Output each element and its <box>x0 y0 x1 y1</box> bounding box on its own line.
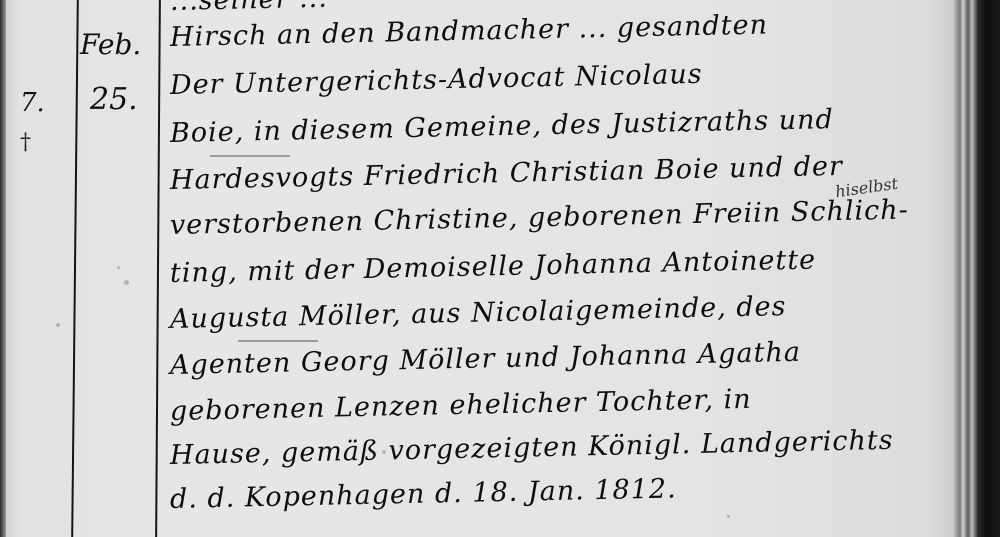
column-rule-right <box>155 0 161 537</box>
text-line: Hause, gemäß vorgezeigten Königl. Landge… <box>170 425 894 471</box>
paper-spot <box>124 280 129 285</box>
death-cross-mark: † <box>20 130 31 155</box>
page-left-edge-shadow <box>0 0 6 537</box>
text-line: ...seiner ... <box>170 0 328 17</box>
paper-spot <box>727 515 730 518</box>
column-rule-left <box>71 0 79 537</box>
paper-spot <box>117 266 120 269</box>
text-line: Hardesvogts Friedrich Christian Boie und… <box>170 151 844 196</box>
book-binding-edge <box>954 0 1000 537</box>
document-page: 7. † Feb. 25. ...seiner ... Hirsch an de… <box>0 0 1000 537</box>
text-line: Augusta Möller, aus Nicolaigemeinde, des <box>170 291 787 335</box>
text-line: d. d. Kopenhagen d. 18. Jan. 1812. <box>170 473 677 515</box>
paper-spot <box>56 323 60 327</box>
text-line: verstorbenen Christine, geborenen Freiin… <box>170 195 909 241</box>
text-line: ting, mit der Demoiselle Johanna Antoine… <box>170 244 817 289</box>
text-line: Agenten Georg Möller und Johanna Agatha <box>170 337 802 381</box>
entry-number: 7. <box>20 88 45 118</box>
entry-month: Feb. <box>80 28 141 61</box>
faded-stroke <box>210 155 290 157</box>
text-line: geborenen Lenzen ehelicher Tochter, in <box>170 384 752 427</box>
faded-stroke <box>238 340 318 342</box>
text-line: Der Untergerichts-Advocat Nicolaus <box>170 59 703 101</box>
text-line: Boie, in diesem Gemeine, des Justizraths… <box>170 104 834 149</box>
text-line: Hirsch an den Bandmacher ... gesandten <box>170 9 769 53</box>
entry-day: 25. <box>90 82 138 117</box>
